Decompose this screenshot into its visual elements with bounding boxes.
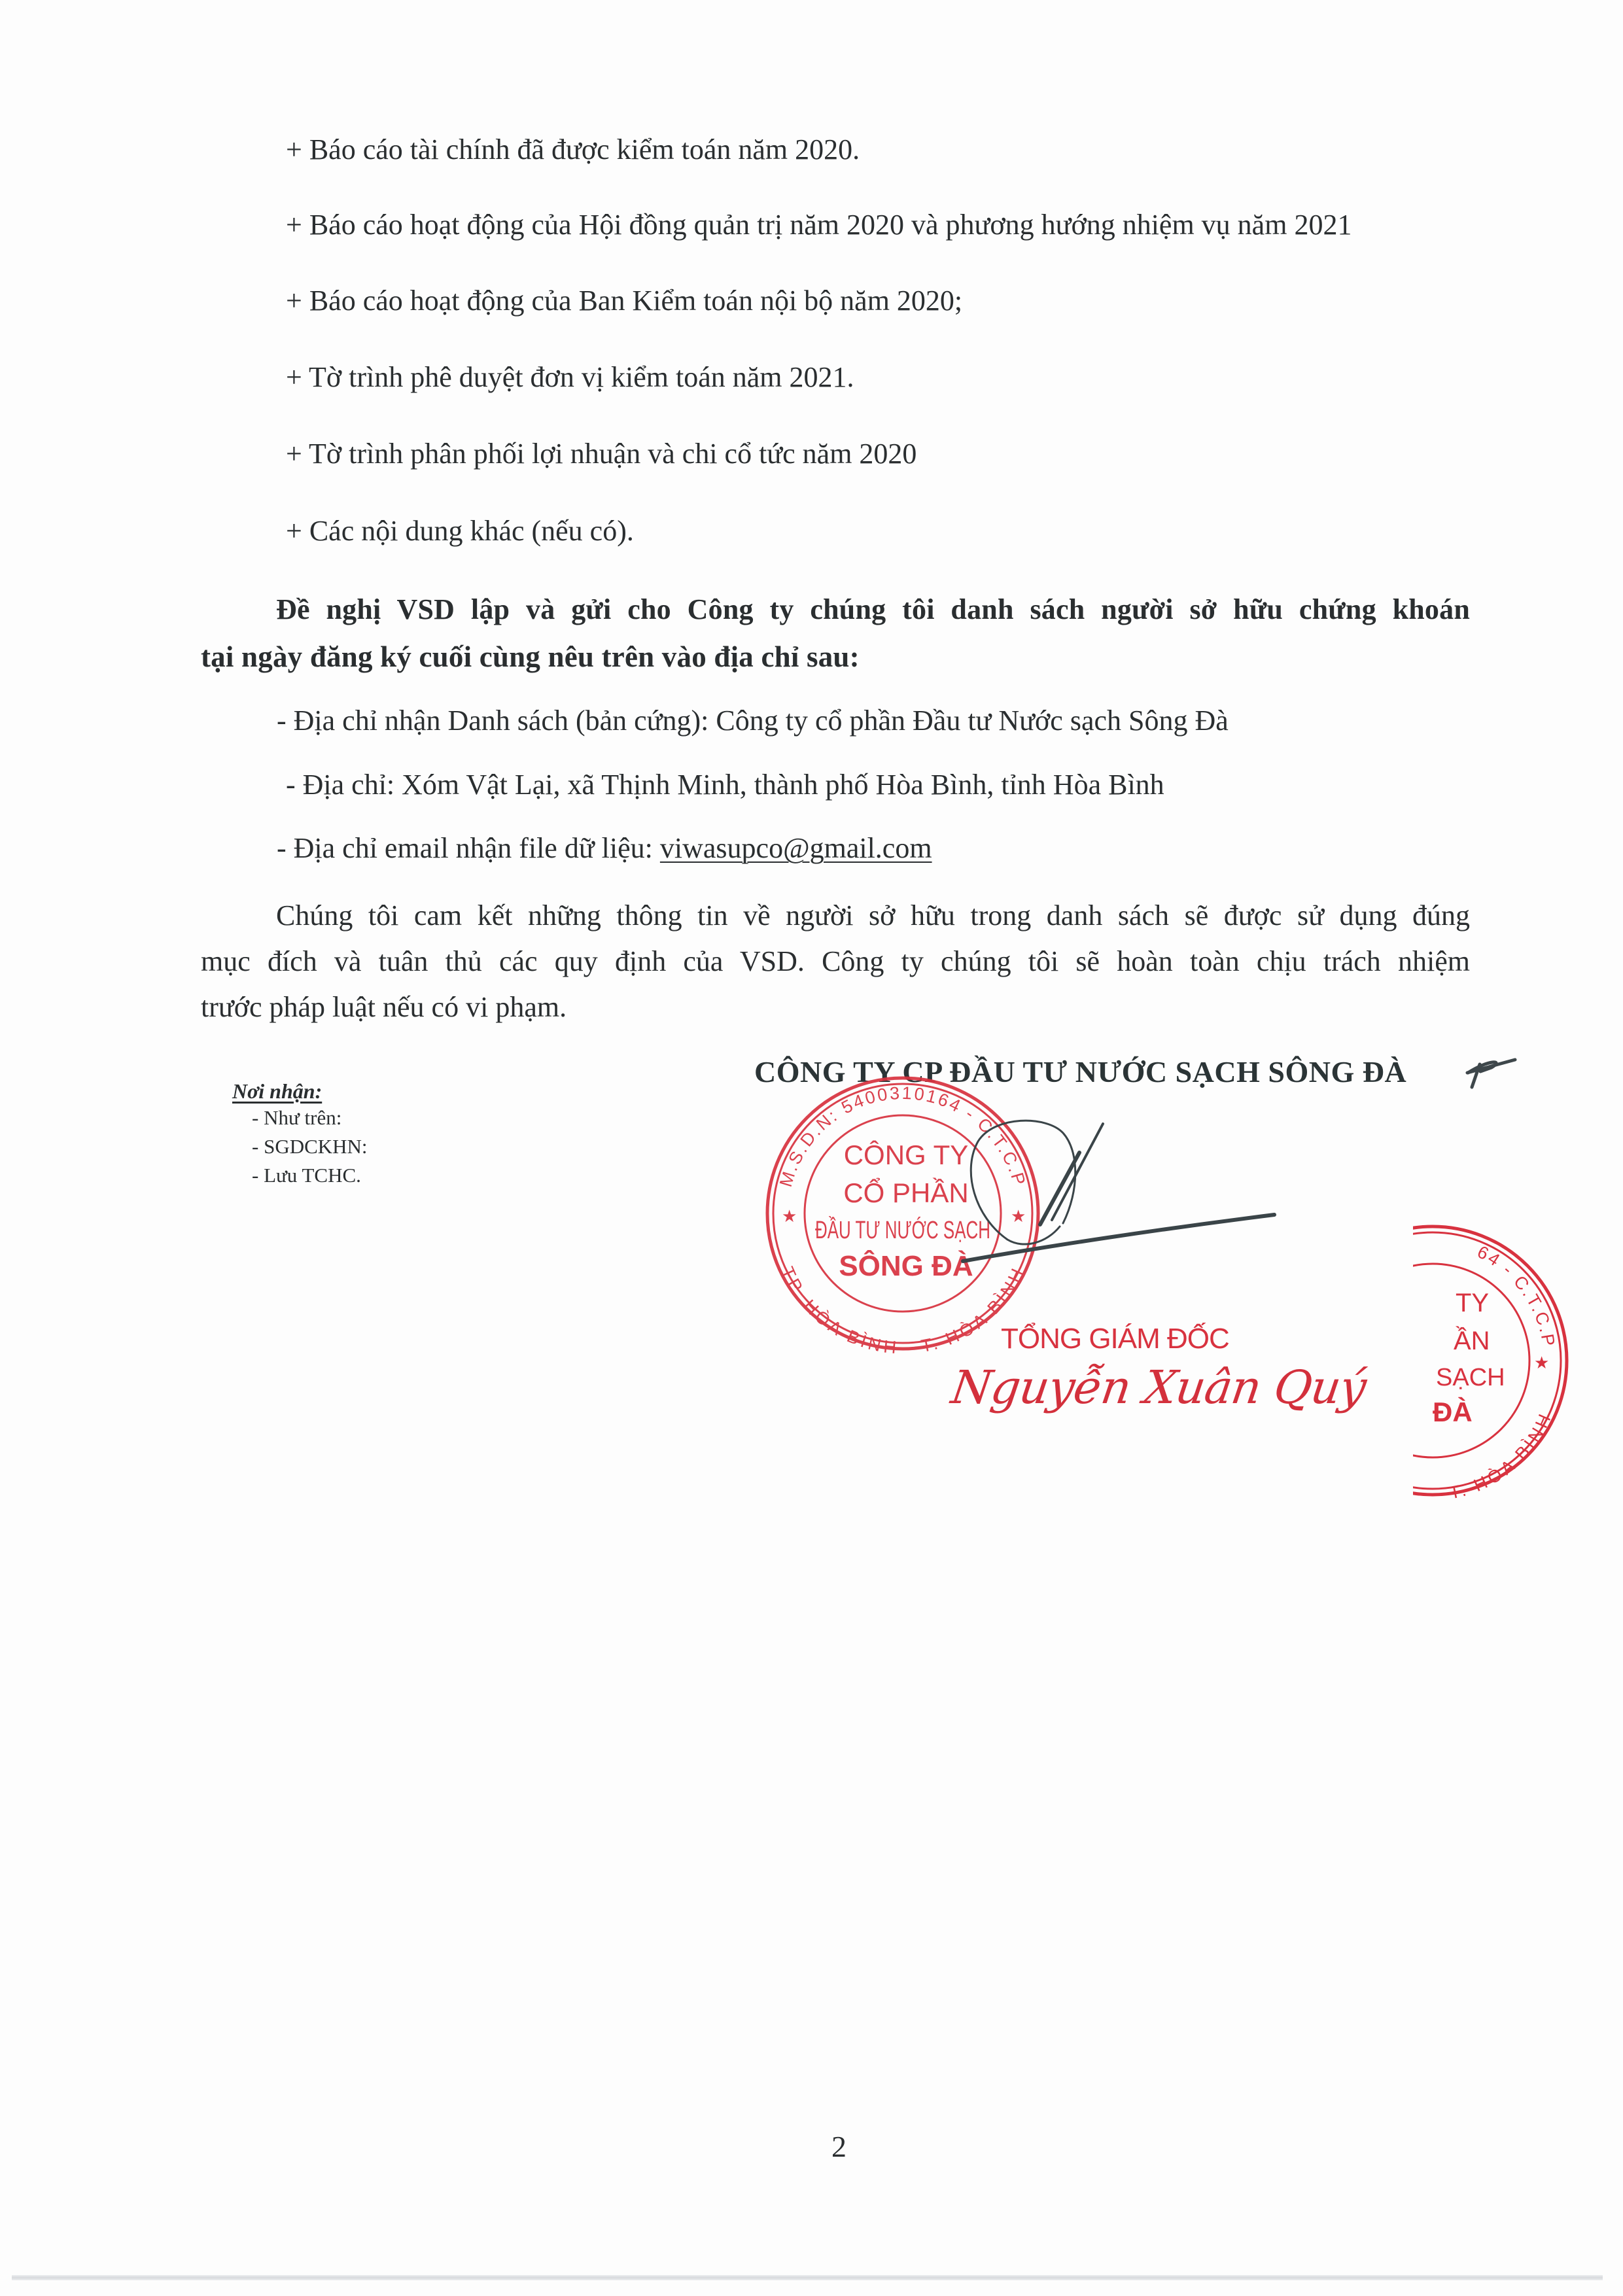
scan-edge-divider bbox=[12, 2275, 1603, 2280]
page-number: 2 bbox=[831, 2129, 846, 2164]
stamp-and-signature-overlay: M.S.D.N: 5400310164 - C.T.C.P TP. HÒA BÌ… bbox=[0, 0, 1623, 2296]
seal-center-line: ĐẦU TƯ NƯỚC SẠCH bbox=[815, 1215, 990, 1244]
partial-seal-line: ẦN bbox=[1454, 1325, 1490, 1355]
seal-center-line: CÔNG TY bbox=[844, 1139, 969, 1170]
partial-seal-line: ĐÀ bbox=[1433, 1397, 1473, 1427]
signer-name: Nguyễn Xuân Quý bbox=[948, 1361, 1369, 1414]
partial-seal-line: TY bbox=[1456, 1289, 1489, 1317]
seal-center-line: SÔNG ĐÀ bbox=[839, 1249, 973, 1282]
star-icon: ★ bbox=[782, 1207, 797, 1226]
initials-mark bbox=[1467, 1060, 1515, 1087]
company-seal: M.S.D.N: 5400310164 - C.T.C.P TP. HÒA BÌ… bbox=[767, 1078, 1038, 1357]
star-icon: ★ bbox=[1011, 1207, 1026, 1226]
document-page: + Báo cáo tài chính đã được kiểm toán nă… bbox=[0, 0, 1623, 2296]
star-icon: ★ bbox=[1534, 1353, 1549, 1373]
seal-center-line: CỔ PHẦN bbox=[843, 1176, 968, 1208]
partial-seal-line: SẠCH bbox=[1436, 1364, 1505, 1391]
signer-position: TỔNG GIÁM ĐỐC bbox=[1001, 1323, 1229, 1355]
